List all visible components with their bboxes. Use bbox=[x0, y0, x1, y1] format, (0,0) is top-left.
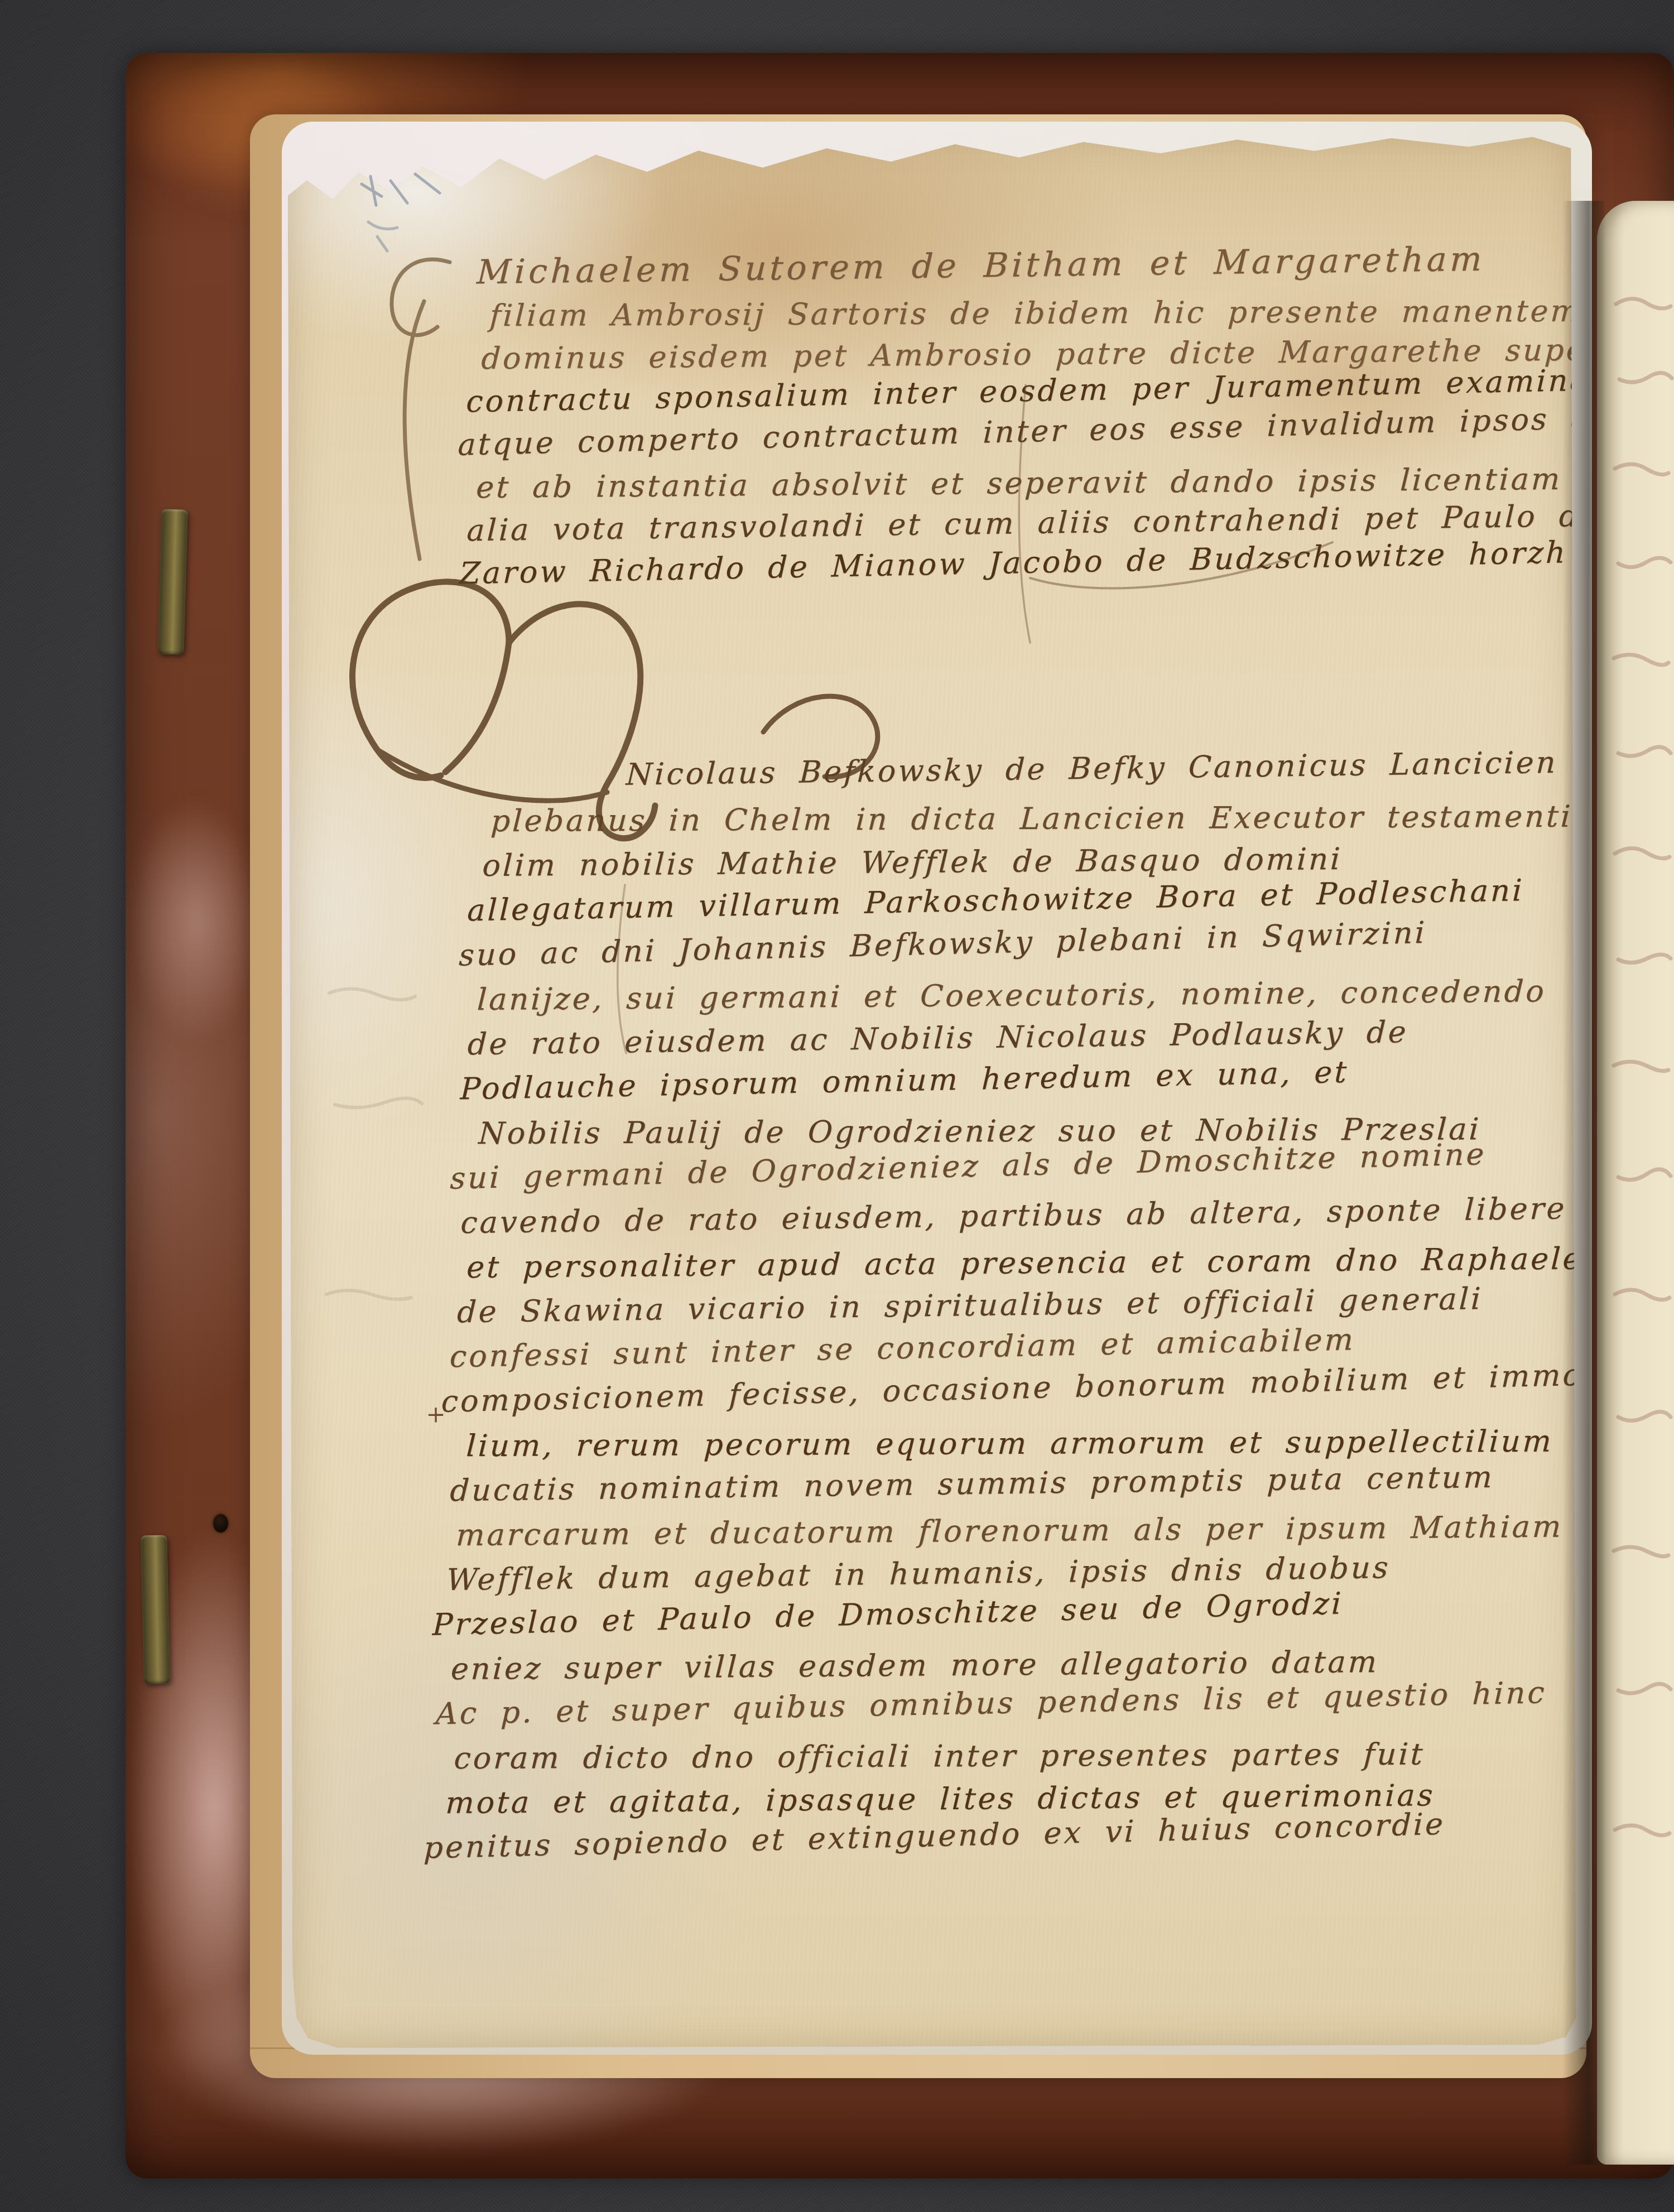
verso-bleed-marks bbox=[326, 989, 422, 1299]
pencil-marks bbox=[362, 174, 440, 251]
initial-flourish-top bbox=[392, 259, 450, 559]
facing-page-bleed bbox=[1614, 298, 1672, 1835]
ink-flourish-overlay bbox=[0, 0, 1674, 2212]
initial-flourish-main bbox=[352, 582, 877, 838]
ink-swash bbox=[618, 385, 1333, 1053]
photograph-of-manuscript: Michaelem Sutorem de Bitham et Margareth… bbox=[0, 0, 1674, 2212]
